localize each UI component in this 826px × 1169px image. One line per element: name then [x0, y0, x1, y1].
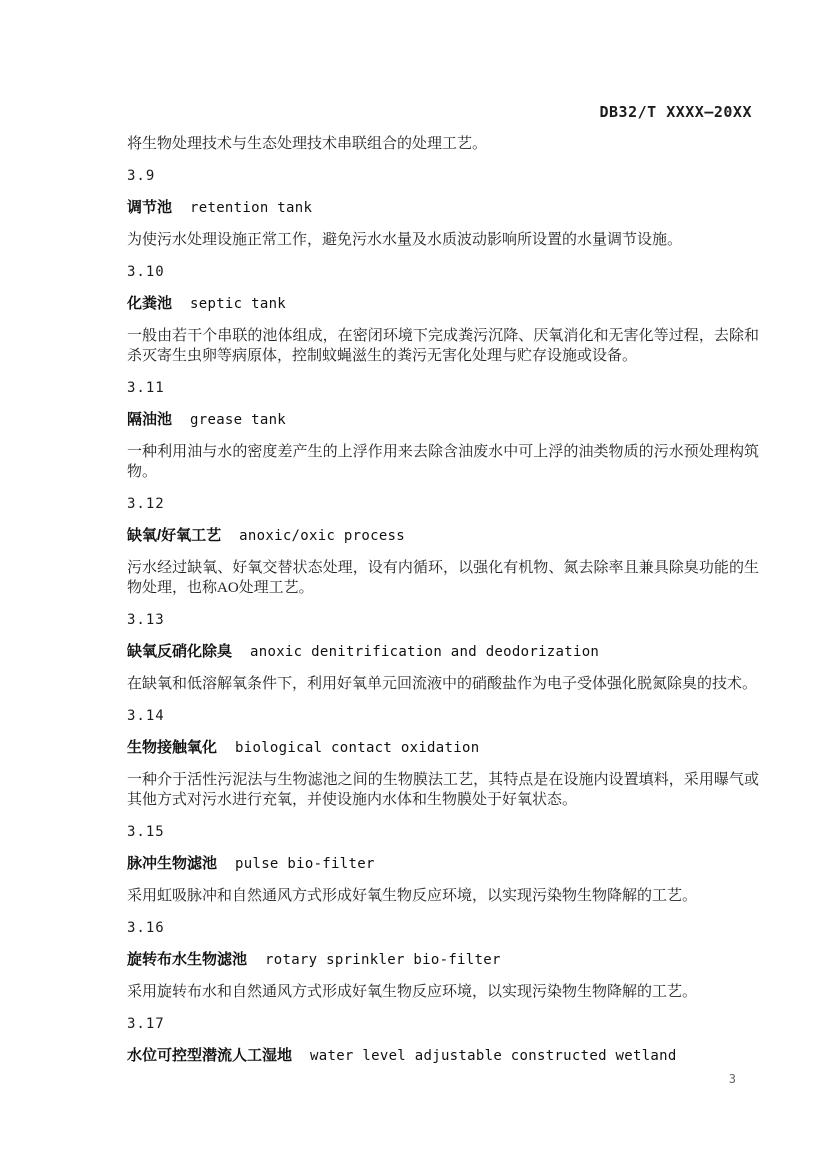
section-number: 3.13 — [127, 610, 759, 630]
term-section: 3.16 旋转布水生物滤池rotary sprinkler bio-filter… — [127, 918, 759, 1002]
term-line: 水位可控型潜流人工湿地water level adjustable constr… — [127, 1046, 759, 1066]
term-english: biological contact oxidation — [235, 740, 479, 756]
term-chinese: 旋转布水生物滤池 — [127, 951, 247, 968]
page-footer: 3 — [729, 1072, 736, 1086]
section-number: 3.16 — [127, 918, 759, 938]
term-section: 3.10 化粪池septic tank 一般由若干个串联的池体组成，在密闭环境下… — [127, 262, 759, 366]
section-number: 3.17 — [127, 1014, 759, 1034]
definition-paragraph: 在缺氧和低溶解氧条件下，利用好氧单元回流液中的硝酸盐作为电子受体强化脱氮除臭的技… — [127, 674, 759, 694]
definition-paragraph: 一种利用油与水的密度差产生的上浮作用来去除含油废水中可上浮的油类物质的污水预处理… — [127, 442, 759, 482]
term-chinese: 脉冲生物滤池 — [127, 855, 217, 872]
term-chinese: 缺氧反硝化除臭 — [127, 643, 232, 660]
term-section: 3.13 缺氧反硝化除臭anoxic denitrification and d… — [127, 610, 759, 694]
document-content: 将生物处理技术与生态处理技术串联组合的处理工艺。 3.9 调节池retentio… — [127, 134, 759, 1078]
term-english: septic tank — [190, 296, 286, 312]
term-english: anoxic/oxic process — [239, 528, 405, 544]
term-section: 3.11 隔油池grease tank 一种利用油与水的密度差产生的上浮作用来去… — [127, 378, 759, 482]
term-chinese: 水位可控型潜流人工湿地 — [127, 1047, 292, 1064]
term-english: grease tank — [190, 412, 286, 428]
page-header: DB32/T XXXX—20XX — [600, 103, 753, 121]
term-chinese: 隔油池 — [127, 411, 172, 428]
definition-paragraph: 为使污水处理设施正常工作，避免污水水量及水质波动影响所设置的水量调节设施。 — [127, 230, 759, 250]
term-chinese: 生物接触氧化 — [127, 739, 217, 756]
term-english: retention tank — [190, 200, 312, 216]
definition-paragraph: 污水经过缺氧、好氧交替状态处理，设有内循环，以强化有机物、氮去除率且兼具除臭功能… — [127, 558, 759, 598]
term-line: 生物接触氧化biological contact oxidation — [127, 738, 759, 758]
term-line: 化粪池septic tank — [127, 294, 759, 314]
term-section: 3.15 脉冲生物滤池pulse bio-filter 采用虹吸脉冲和自然通风方… — [127, 822, 759, 906]
section-number: 3.10 — [127, 262, 759, 282]
term-chinese: 化粪池 — [127, 295, 172, 312]
term-section: 3.14 生物接触氧化biological contact oxidation … — [127, 706, 759, 810]
term-english: anoxic denitrification and deodorization — [250, 644, 599, 660]
term-line: 缺氧反硝化除臭anoxic denitrification and deodor… — [127, 642, 759, 662]
term-chinese: 调节池 — [127, 199, 172, 216]
document-page: DB32/T XXXX—20XX 将生物处理技术与生态处理技术串联组合的处理工艺… — [0, 0, 826, 1169]
term-section: 3.9 调节池retention tank 为使污水处理设施正常工作，避免污水水… — [127, 166, 759, 250]
term-section: 3.12 缺氧/好氧工艺anoxic/oxic process 污水经过缺氧、好… — [127, 494, 759, 598]
intro-paragraph: 将生物处理技术与生态处理技术串联组合的处理工艺。 — [127, 134, 759, 154]
terms-list: 3.9 调节池retention tank 为使污水处理设施正常工作，避免污水水… — [127, 166, 759, 1066]
term-english: pulse bio-filter — [235, 856, 375, 872]
section-number: 3.9 — [127, 166, 759, 186]
section-number: 3.11 — [127, 378, 759, 398]
term-line: 缺氧/好氧工艺anoxic/oxic process — [127, 526, 759, 546]
term-line: 脉冲生物滤池pulse bio-filter — [127, 854, 759, 874]
definition-paragraph: 采用旋转布水和自然通风方式形成好氧生物反应环境，以实现污染物生物降解的工艺。 — [127, 982, 759, 1002]
page-number: 3 — [729, 1072, 736, 1086]
term-english: rotary sprinkler bio-filter — [265, 952, 501, 968]
section-number: 3.15 — [127, 822, 759, 842]
term-section: 3.17 水位可控型潜流人工湿地water level adjustable c… — [127, 1014, 759, 1066]
definition-paragraph: 一种介于活性污泥法与生物滤池之间的生物膜法工艺，其特点是在设施内设置填料，采用曝… — [127, 770, 759, 810]
section-number: 3.14 — [127, 706, 759, 726]
section-number: 3.12 — [127, 494, 759, 514]
doc-code: DB32/T XXXX—20XX — [600, 103, 753, 121]
term-line: 旋转布水生物滤池rotary sprinkler bio-filter — [127, 950, 759, 970]
term-english: water level adjustable constructed wetla… — [310, 1048, 677, 1064]
term-line: 隔油池grease tank — [127, 410, 759, 430]
definition-paragraph: 采用虹吸脉冲和自然通风方式形成好氧生物反应环境，以实现污染物生物降解的工艺。 — [127, 886, 759, 906]
term-line: 调节池retention tank — [127, 198, 759, 218]
term-chinese: 缺氧/好氧工艺 — [127, 527, 221, 544]
definition-paragraph: 一般由若干个串联的池体组成，在密闭环境下完成粪污沉降、厌氧消化和无害化等过程，去… — [127, 326, 759, 366]
